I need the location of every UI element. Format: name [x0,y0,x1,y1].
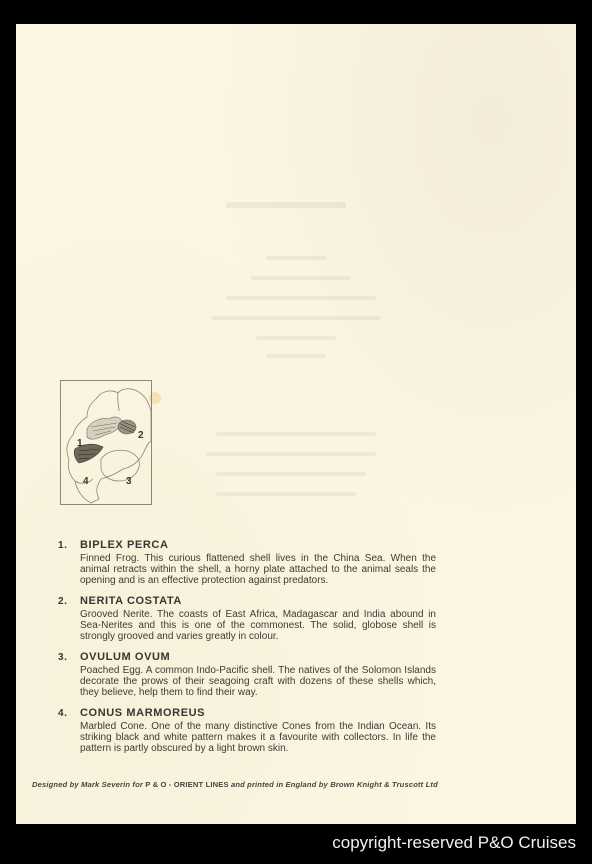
entry-title: CONUS MARMOREUS [80,706,205,720]
credit-company: P & O - ORIENT LINES [145,780,228,789]
printer-credit: Designed by Mark Severin for P & O - ORI… [32,780,562,789]
entry-title: BIPLEX PERCA [80,538,169,552]
entry-number: 1. [58,539,80,553]
shell-1-biplex [87,417,123,439]
entry-number: 2. [58,595,80,609]
entry-description: Poached Egg. A common Indo-Pacific shell… [80,665,436,698]
shell-entry: 2. NERITA COSTATA Grooved Nerite. The co… [58,594,458,642]
diagram-label-2: 2 [138,430,144,441]
diagram-label-3: 3 [126,476,132,487]
entry-description: Finned Frog. This curious flattened shel… [80,553,436,586]
diagram-label-1: 1 [77,438,83,449]
shell-2-nerita [118,420,136,434]
credit-text-2: and printed in England by Brown Knight &… [229,780,438,789]
credit-text-1: Designed by Mark Severin for [32,780,145,789]
copyright-watermark: copyright-reserved P&O Cruises [332,833,576,853]
shell-entry: 1. BIPLEX PERCA Finned Frog. This curiou… [58,538,458,586]
shell-entry: 3. OVULUM OVUM Poached Egg. A common Ind… [58,650,458,698]
entry-number: 4. [58,707,80,721]
shell-entry: 4. CONUS MARMOREUS Marbled Cone. One of … [58,706,458,754]
entry-number: 3. [58,651,80,665]
menu-page: 1 2 3 4 1. BIPLEX PERCA Finned Frog. Thi… [16,24,576,824]
entry-description: Marbled Cone. One of the many distinctiv… [80,721,436,754]
shell-key-diagram: 1 2 3 4 [60,380,152,505]
shell-outline-illustration [61,381,153,506]
shell-descriptions: 1. BIPLEX PERCA Finned Frog. This curiou… [58,538,458,762]
entry-title: NERITA COSTATA [80,594,182,608]
entry-title: OVULUM OVUM [80,650,170,664]
entry-description: Grooved Nerite. The coasts of East Afric… [80,609,436,642]
diagram-label-4: 4 [83,476,89,487]
